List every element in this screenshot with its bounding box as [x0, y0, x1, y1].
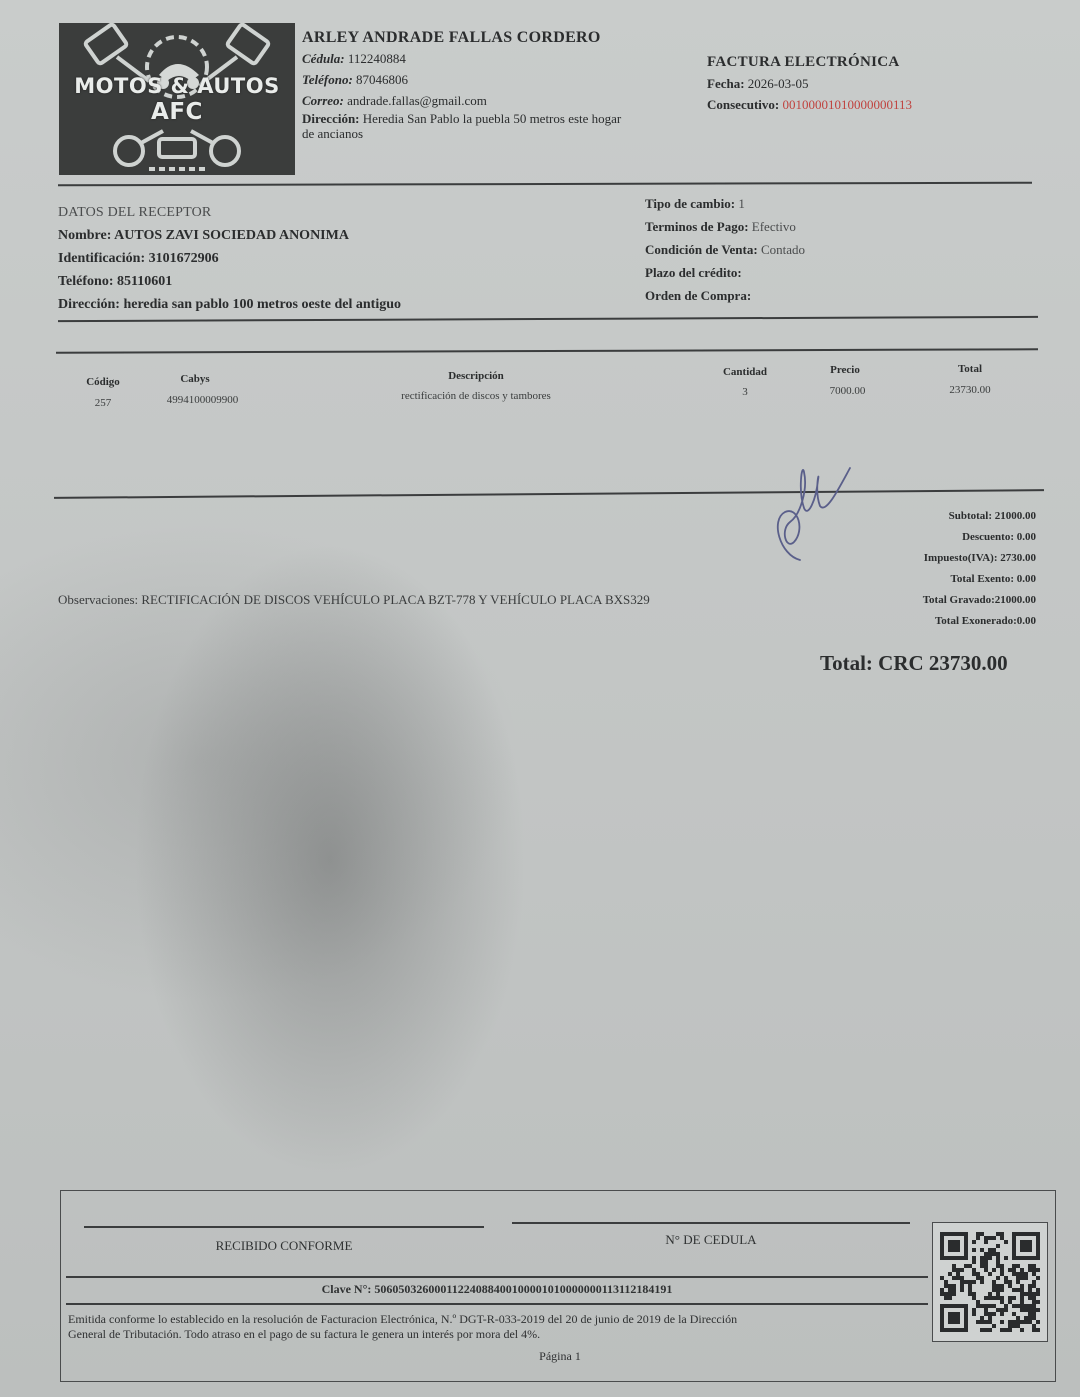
payment-conditions: Tipo de cambio: 1 Terminos de Pago: Efec… — [645, 192, 805, 307]
received-label: RECIBIDO CONFORME — [84, 1238, 484, 1254]
totals-summary: Subtotal: 21000.00 Descuento: 0.00 Impue… — [923, 506, 1036, 632]
page-number: Página 1 — [460, 1349, 660, 1364]
receiver-phone: Teléfono: 85110601 — [58, 270, 401, 293]
issuer-name: ARLEY ANDRADE FALLAS CORDERO — [302, 27, 632, 48]
divider — [66, 1303, 928, 1305]
total-exempt: Total Exento: 0.00 — [923, 569, 1036, 590]
qr-code-icon — [940, 1232, 1040, 1332]
cell-total: 23730.00 — [930, 384, 1010, 396]
sale-condition: Condición de Venta: Contado — [645, 238, 805, 261]
payment-terms: Terminos de Pago: Efectivo — [645, 215, 805, 238]
invoice-header: FACTURA ELECTRÓNICA Fecha: 2026-03-05 Co… — [707, 52, 912, 115]
purchase-order: Orden de Compra: — [645, 284, 805, 307]
col-header-code: Código — [68, 376, 138, 388]
signature-line-received — [84, 1226, 484, 1228]
legal-notice: Emitida conforme lo establecido en la re… — [68, 1312, 928, 1342]
cell-code: 257 — [68, 397, 138, 409]
receiver-id: Identificación: 3101672906 — [58, 247, 401, 270]
invoice-page: MOTOS & AUTOS AFC ARLEY ANDRADE FALLAS C… — [0, 0, 1080, 1397]
issuer-address: Dirección: Heredia San Pablo la puebla 5… — [302, 111, 632, 141]
divider — [66, 1276, 928, 1278]
total-taxed: Total Gravado:21000.00 — [923, 590, 1036, 611]
legal-notice-line2: General de Tributación. Todo atraso en e… — [68, 1327, 928, 1342]
issuer-phone: Teléfono: 87046806 — [302, 69, 632, 90]
divider — [58, 316, 1038, 322]
receiver-section-title: DATOS DEL RECEPTOR — [58, 201, 401, 224]
invoice-date: Fecha: 2026-03-05 — [707, 73, 912, 94]
company-logo: MOTOS & AUTOS AFC — [59, 23, 295, 175]
cell-quantity: 3 — [705, 386, 785, 398]
credit-term: Plazo del crédito: — [645, 261, 805, 284]
grand-total: Total: CRC 23730.00 — [820, 651, 1008, 676]
cell-cabys: 4994100009900 — [150, 394, 255, 406]
exchange-rate: Tipo de cambio: 1 — [645, 192, 805, 215]
observations: Observaciones: RECTIFICACIÓN DE DISCOS V… — [58, 592, 748, 607]
col-header-description: Descripción — [376, 370, 576, 382]
col-header-quantity: Cantidad — [705, 366, 785, 378]
subtotal: Subtotal: 21000.00 — [923, 506, 1036, 527]
issuer-email: Correo: andrade.fallas@gmail.com — [302, 90, 632, 111]
divider — [56, 348, 1038, 353]
total-exonerated: Total Exonerado:0.00 — [923, 611, 1036, 632]
issuer-cedula: Cédula: 112240884 — [302, 48, 632, 69]
logo-text-line1: MOTOS & AUTOS — [74, 76, 279, 97]
qr-code-box — [932, 1222, 1048, 1342]
clave-number: Clave N°: 506050326000112240884001000010… — [66, 1282, 928, 1297]
invoice-title: FACTURA ELECTRÓNICA — [707, 52, 912, 73]
col-header-total: Total — [935, 363, 1005, 375]
logo-text-line2: AFC — [151, 101, 203, 124]
issuer-info: ARLEY ANDRADE FALLAS CORDERO Cédula: 112… — [302, 27, 632, 141]
invoice-consecutive: Consecutivo: 00100001010000000113 — [707, 94, 912, 115]
cell-price: 7000.00 — [810, 385, 885, 397]
divider — [58, 182, 1032, 187]
cell-description: rectificación de discos y tambores — [356, 390, 596, 402]
divider — [54, 489, 1044, 499]
receiver-info: DATOS DEL RECEPTOR Nombre: AUTOS ZAVI SO… — [58, 201, 401, 316]
tax-iva: Impuesto(IVA): 2730.00 — [923, 548, 1036, 569]
cedula-number-label: N° DE CEDULA — [512, 1232, 910, 1248]
legal-notice-line1: Emitida conforme lo establecido en la re… — [68, 1312, 928, 1327]
signature-line-id — [512, 1222, 910, 1224]
discount: Descuento: 0.00 — [923, 527, 1036, 548]
signature-icon — [760, 460, 860, 575]
col-header-cabys: Cabys — [160, 373, 230, 385]
col-header-price: Precio — [810, 364, 880, 376]
receiver-address: Dirección: heredia san pablo 100 metros … — [58, 293, 401, 316]
receiver-name: Nombre: AUTOS ZAVI SOCIEDAD ANONIMA — [58, 224, 401, 247]
